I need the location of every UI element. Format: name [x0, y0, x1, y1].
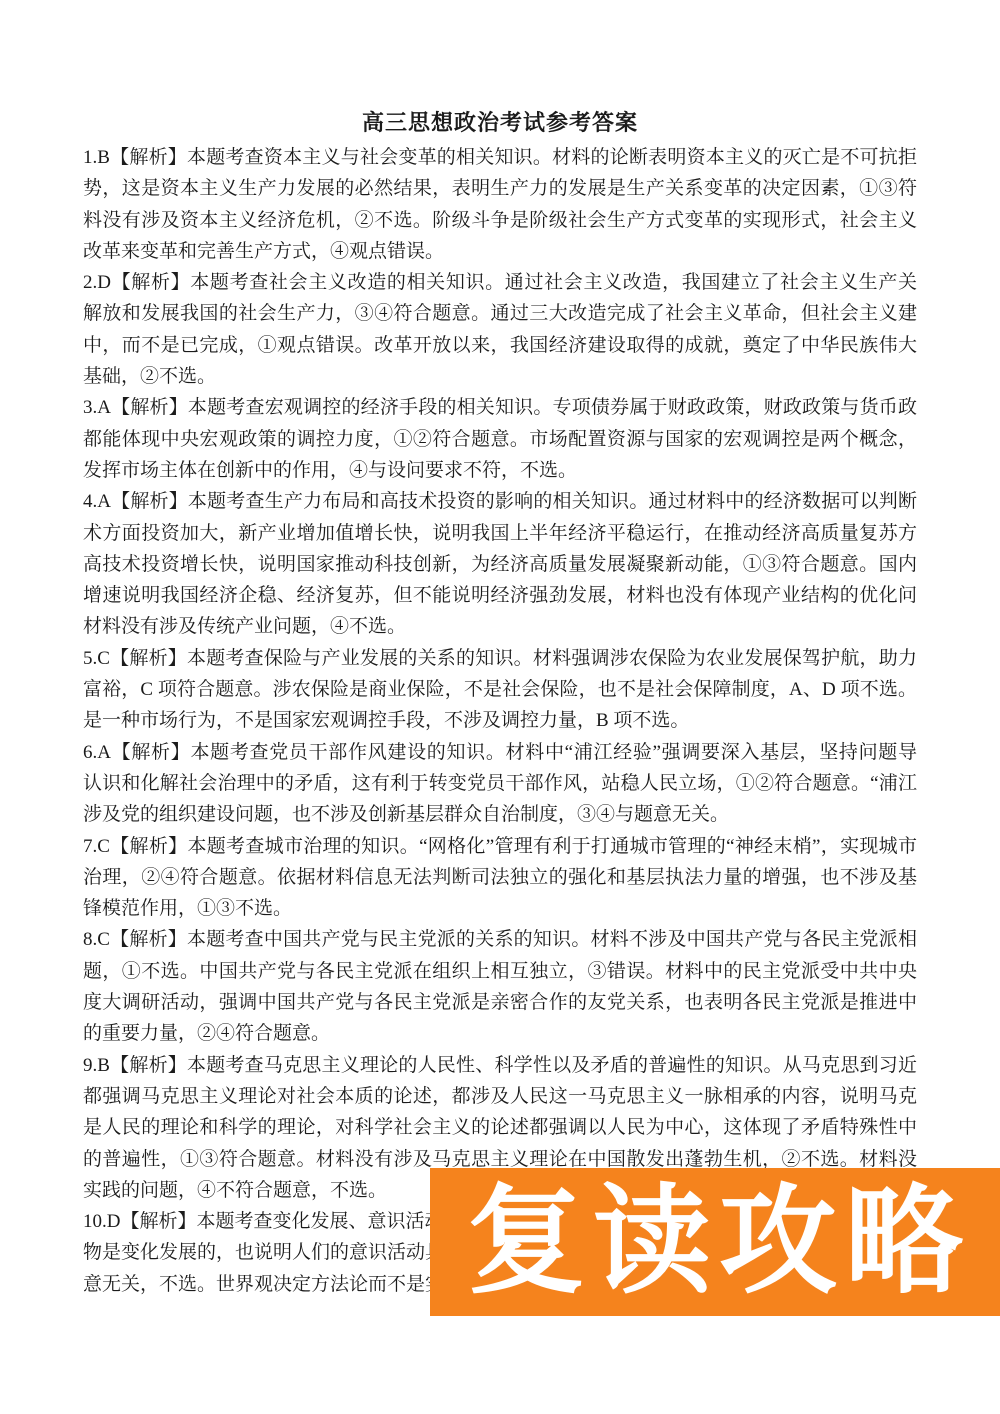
text-line: 9.B【解析】本题考查马克思主义理论的人民性、科学性以及矛盾的普遍性的知识。从马…	[83, 1050, 917, 1081]
text-line: 改革来变革和完善生产方式，④观点错误。	[83, 236, 917, 267]
text-line: 都强调马克思主义理论对社会本质的论述，都涉及人民这一马克思主义一脉相承的内容，说…	[83, 1081, 917, 1112]
text-line: 锋模范作用，①③不选。	[83, 893, 917, 924]
text-line: 基础，②不选。	[83, 361, 917, 392]
text-line: 势，这是资本主义生产力发展的必然结果，表明生产力的发展是生产关系变革的决定因素，…	[83, 173, 917, 204]
text-line: 中，而不是已完成，①观点错误。改革开放以来，我国经济建设取得的成就，奠定了中华民…	[83, 330, 917, 361]
text-line: 增速说明我国经济企稳、经济复苏，但不能说明经济强劲发展，材料也没有体现产业结构的…	[83, 580, 917, 611]
promo-watermark-banner: 复读攻略	[430, 1168, 1000, 1316]
answer-explanation-8: 8.C【解析】本题考查中国共产党与民主党派的关系的知识。材料不涉及中国共产党与各…	[83, 924, 917, 1049]
text-line: 是人民的理论和科学的理论，对科学社会主义的论述都强调以人民为中心，这体现了矛盾特…	[83, 1112, 917, 1143]
text-line: 术方面投资加大，新产业增加值增长快，说明我国上半年经济平稳运行，在推动经济高质量…	[83, 518, 917, 549]
text-line: 4.A【解析】本题考查生产力布局和高技术投资的影响的相关知识。通过材料中的经济数…	[83, 486, 917, 517]
text-line: 7.C【解析】本题考查城市治理的知识。“网格化”管理有利于打通城市管理的“神经末…	[83, 831, 917, 862]
text-line: 高技术投资增长快，说明国家推动科技创新，为经济高质量发展凝聚新动能，①③符合题意…	[83, 549, 917, 580]
text-line: 料没有涉及资本主义经济危机，②不选。阶级斗争是阶级社会生产方式变革的实现形式，社…	[83, 205, 917, 236]
text-line: 度大调研活动，强调中国共产党与各民主党派是亲密合作的友党关系，也表明各民主党派是…	[83, 987, 917, 1018]
text-line: 8.C【解析】本题考查中国共产党与民主党派的关系的知识。材料不涉及中国共产党与各…	[83, 924, 917, 955]
text-line: 5.C【解析】本题考查保险与产业发展的关系的知识。材料强调涉农保险为农业发展保驾…	[83, 643, 917, 674]
text-line: 治理，②④符合题意。依据材料信息无法判断司法独立的强化和基层执法力量的增强，也不…	[83, 862, 917, 893]
text-line: 3.A【解析】本题考查宏观调控的经济手段的相关知识。专项债券属于财政政策，财政政…	[83, 392, 917, 423]
answer-sheet-page: 高三思想政治考试参考答案 1.B【解析】本题考查资本主义与社会变革的相关知识。材…	[83, 0, 917, 1300]
text-line: 是一种市场行为，不是国家宏观调控手段，不涉及调控力量，B 项不选。	[83, 705, 917, 736]
text-line: 材料没有涉及传统产业问题，④不选。	[83, 611, 917, 642]
answer-explanation-2: 2.D【解析】本题考查社会主义改造的相关知识。通过社会主义改造，我国建立了社会主…	[83, 267, 917, 392]
answer-explanation-1: 1.B【解析】本题考查资本主义与社会变革的相关知识。材料的论断表明资本主义的灭亡…	[83, 142, 917, 267]
text-line: 涉及党的组织建设问题，也不涉及创新基层群众自治制度，③④与题意无关。	[83, 799, 917, 830]
text-line: 富裕，C 项符合题意。涉农保险是商业保险，不是社会保险，也不是社会保障制度，A、…	[83, 674, 917, 705]
answer-explanation-5: 5.C【解析】本题考查保险与产业发展的关系的知识。材料强调涉农保险为农业发展保驾…	[83, 643, 917, 737]
page-title: 高三思想政治考试参考答案	[83, 104, 917, 142]
text-line: 6.A【解析】本题考查党员干部作风建设的知识。材料中“浦江经验”强调要深入基层，…	[83, 737, 917, 768]
answer-explanation-6: 6.A【解析】本题考查党员干部作风建设的知识。材料中“浦江经验”强调要深入基层，…	[83, 737, 917, 831]
text-line: 1.B【解析】本题考查资本主义与社会变革的相关知识。材料的论断表明资本主义的灭亡…	[83, 142, 917, 173]
answer-explanation-7: 7.C【解析】本题考查城市治理的知识。“网格化”管理有利于打通城市管理的“神经末…	[83, 831, 917, 925]
answer-explanation-3: 3.A【解析】本题考查宏观调控的经济手段的相关知识。专项债券属于财政政策，财政政…	[83, 392, 917, 486]
text-line: 解放和发展我国的社会生产力，③④符合题意。通过三大改造完成了社会主义革命，但社会…	[83, 298, 917, 329]
text-line: 题，①不选。中国共产党与各民主党派在组织上相互独立，③错误。材料中的民主党派受中…	[83, 956, 917, 987]
text-line: 都能体现中央宏观政策的调控力度，①②符合题意。市场配置资源与国家的宏观调控是两个…	[83, 424, 917, 455]
text-line: 2.D【解析】本题考查社会主义改造的相关知识。通过社会主义改造，我国建立了社会主…	[83, 267, 917, 298]
text-line: 发挥市场主体在创新中的作用，④与设问要求不符，不选。	[83, 455, 917, 486]
answers-list: 1.B【解析】本题考查资本主义与社会变革的相关知识。材料的论断表明资本主义的灭亡…	[83, 142, 917, 1300]
promo-banner-text: 复读攻略	[459, 1183, 971, 1301]
text-line: 认识和化解社会治理中的矛盾，这有利于转变党员干部作风，站稳人民立场，①②符合题意…	[83, 768, 917, 799]
text-line: 的重要力量，②④符合题意。	[83, 1018, 917, 1049]
answer-explanation-4: 4.A【解析】本题考查生产力布局和高技术投资的影响的相关知识。通过材料中的经济数…	[83, 486, 917, 642]
